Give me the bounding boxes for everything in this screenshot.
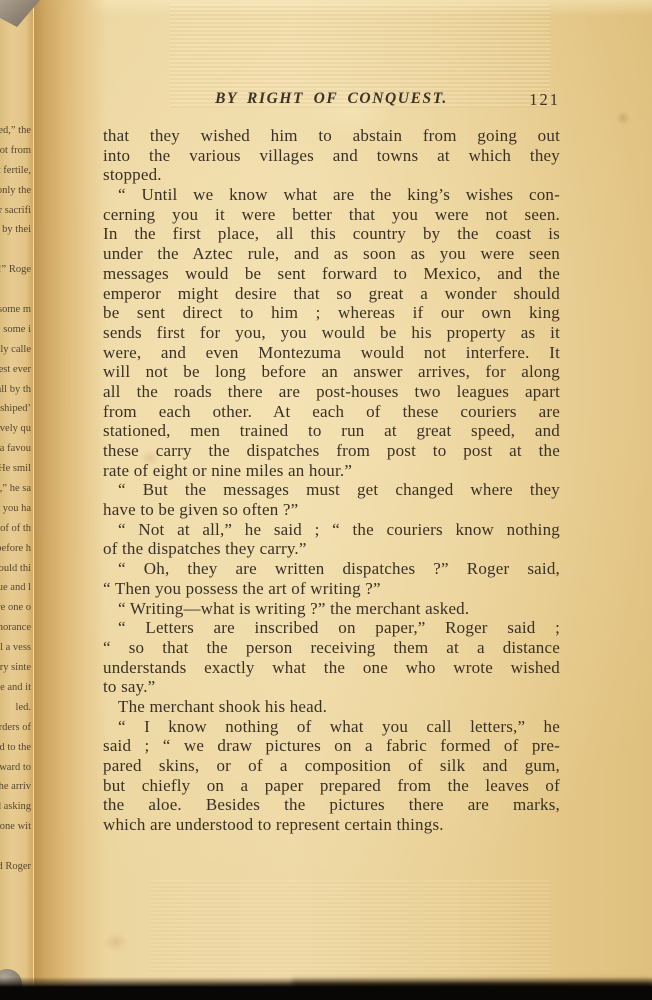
text-line: but chiefly on a paper prepared from the… bbox=[103, 776, 560, 796]
paragraph: “ Until we know what are the king’s wish… bbox=[103, 185, 560, 480]
text-line: emperor might desire that so great a won… bbox=[103, 284, 560, 304]
text-line: “ But the messages must get changed wher… bbox=[103, 480, 560, 500]
paragraph: “ But the messages must get changed wher… bbox=[103, 480, 560, 519]
text-line: pared skins, or of a composition of silk… bbox=[103, 756, 560, 776]
text-line: all the roads there are post-houses two … bbox=[103, 382, 560, 402]
fragment-line: om, some i bbox=[0, 320, 31, 340]
text-line: were, and even Montezuma would not inter… bbox=[103, 343, 560, 363]
text-line: these carry the dispatches from post to … bbox=[103, 441, 560, 461]
fragment-line: and asking bbox=[0, 797, 31, 817]
fragment-line: borders of bbox=[0, 718, 31, 738]
fragment-line bbox=[0, 280, 31, 300]
text-line: “ Letters are inscribed on paper,” Roger… bbox=[103, 618, 560, 638]
fragment-line: ols !” Roge bbox=[0, 260, 31, 280]
paragraph: “ Oh, they are written dispatches ?” Rog… bbox=[103, 559, 560, 598]
fragment-line: furtively qu bbox=[0, 419, 31, 439]
text-line: said ; “ we draw pictures on a fabric fo… bbox=[103, 736, 560, 756]
fragment-line: s a favou bbox=[0, 439, 31, 459]
paragraph: The merchant shook his head. bbox=[103, 697, 560, 717]
page-number: 121 bbox=[529, 90, 560, 110]
previous-page-text-fragments: sed,” thegot fromnot fertile,only thefor… bbox=[0, 121, 31, 877]
text-line: into the various villages and towns at w… bbox=[103, 146, 560, 166]
paragraph: “ Letters are inscribed on paper,” Roger… bbox=[103, 618, 560, 697]
text-line: “ Not at all,” he said ; “ the couriers … bbox=[103, 520, 560, 540]
text-line: messages would be sent forward to Mexico… bbox=[103, 264, 560, 284]
fragment-line: n. He smil bbox=[0, 459, 31, 479]
fragment-line: erally calle bbox=[0, 340, 31, 360]
text-line: will not be long before an answer arrive… bbox=[103, 362, 560, 382]
text-line: which are understood to represent certai… bbox=[103, 815, 560, 835]
fragment-line: ng before h bbox=[0, 539, 31, 559]
fragment-line: w could thi bbox=[0, 559, 31, 579]
fragment-line: ell a vess bbox=[0, 638, 31, 658]
text-line: “ Oh, they are written dispatches ?” Rog… bbox=[103, 559, 560, 579]
text-line: “ so that the person receiving them at a… bbox=[103, 638, 560, 658]
text-line: of the dispatches they carry.” bbox=[103, 539, 560, 559]
fragment-line: proof of th bbox=[0, 519, 31, 539]
fragment-line: were one o bbox=[0, 598, 31, 618]
fragment-line: ngue and l bbox=[0, 578, 31, 598]
fragment-line: ngs you ha bbox=[0, 499, 31, 519]
fragment-line: ignorance bbox=[0, 618, 31, 638]
text-line: “ I know nothing of what you call letter… bbox=[103, 717, 560, 737]
text-line: “ Until we know what are the king’s wish… bbox=[103, 185, 560, 205]
text-line: to say.” bbox=[103, 677, 560, 697]
fragment-line bbox=[0, 240, 31, 260]
paragraph: that they wished him to abstain from goi… bbox=[103, 126, 560, 185]
running-title: BY RIGHT OF CONQUEST. bbox=[103, 90, 560, 108]
fragment-line: forward to bbox=[0, 758, 31, 778]
fragment-line: got from bbox=[0, 141, 31, 161]
text-line: under the Aztec rule, and as soon as you… bbox=[103, 244, 560, 264]
background-below-page bbox=[0, 976, 652, 1000]
fragment-line: ntry sinte bbox=[0, 658, 31, 678]
text-block: that they wished him to abstain from goi… bbox=[103, 126, 560, 835]
fragment-line: l be,” he sa bbox=[0, 479, 31, 499]
fragment-line: f all by th bbox=[0, 380, 31, 400]
previous-page-edge: sed,” thegot fromnot fertile,only thefor… bbox=[0, 0, 33, 990]
scanned-book-photo: sed,” thegot fromnot fertile,only thefor… bbox=[0, 0, 652, 1000]
text-line: from each other. At each of these courie… bbox=[103, 402, 560, 422]
fragment-line: ld Roger bbox=[0, 857, 31, 877]
text-line: rate of eight or nine miles an hour.” bbox=[103, 461, 560, 481]
text-line: “ Writing—what is writing ?” the merchan… bbox=[103, 599, 560, 619]
fragment-line: h be and it bbox=[0, 678, 31, 698]
text-line: In the first place, all this country by … bbox=[103, 224, 560, 244]
fragment-line: done wit bbox=[0, 817, 31, 837]
text-line: stationed, men trained to run at great s… bbox=[103, 421, 560, 441]
text-line: The merchant shook his head. bbox=[103, 697, 560, 717]
fragment-line: a some m bbox=[0, 300, 31, 320]
text-line: that they wished him to abstain from goi… bbox=[103, 126, 560, 146]
fragment-line: led. bbox=[0, 698, 31, 718]
fragment-line: f the arriv bbox=[0, 777, 31, 797]
fragment-line bbox=[0, 837, 31, 857]
fragment-line: not fertile, bbox=[0, 161, 31, 181]
fragment-line: for sacrifi bbox=[0, 201, 31, 221]
paragraph: “ Writing—what is writing ?” the merchan… bbox=[103, 599, 560, 619]
fragment-line: tched to the bbox=[0, 738, 31, 758]
fragment-line: only the bbox=[0, 181, 31, 201]
fragment-line: sed,” the bbox=[0, 121, 31, 141]
page-header: BY RIGHT OF CONQUEST. 121 bbox=[103, 90, 560, 112]
page-gutter-shadow bbox=[33, 0, 106, 1000]
paragraph: “ Not at all,” he said ; “ the couriers … bbox=[103, 520, 560, 559]
fragment-line: eatest ever bbox=[0, 360, 31, 380]
text-line: have to be given so often ?” bbox=[103, 500, 560, 520]
text-line: be sent direct to him ; whereas if our o… bbox=[103, 303, 560, 323]
text-line: stopped. bbox=[103, 165, 560, 185]
text-line: cerning you it were better that you were… bbox=[103, 205, 560, 225]
text-line: understands exactly what the one who wro… bbox=[103, 658, 560, 678]
text-line: “ Then you possess the art of writing ?” bbox=[103, 579, 560, 599]
paragraph: “ I know nothing of what you call letter… bbox=[103, 717, 560, 835]
fragment-line: ed by thei bbox=[0, 220, 31, 240]
text-line: sends first for you, you would be his pr… bbox=[103, 323, 560, 343]
text-line: the aloe. Besides the pictures there are… bbox=[103, 795, 560, 815]
fragment-line: worshiped’ bbox=[0, 399, 31, 419]
